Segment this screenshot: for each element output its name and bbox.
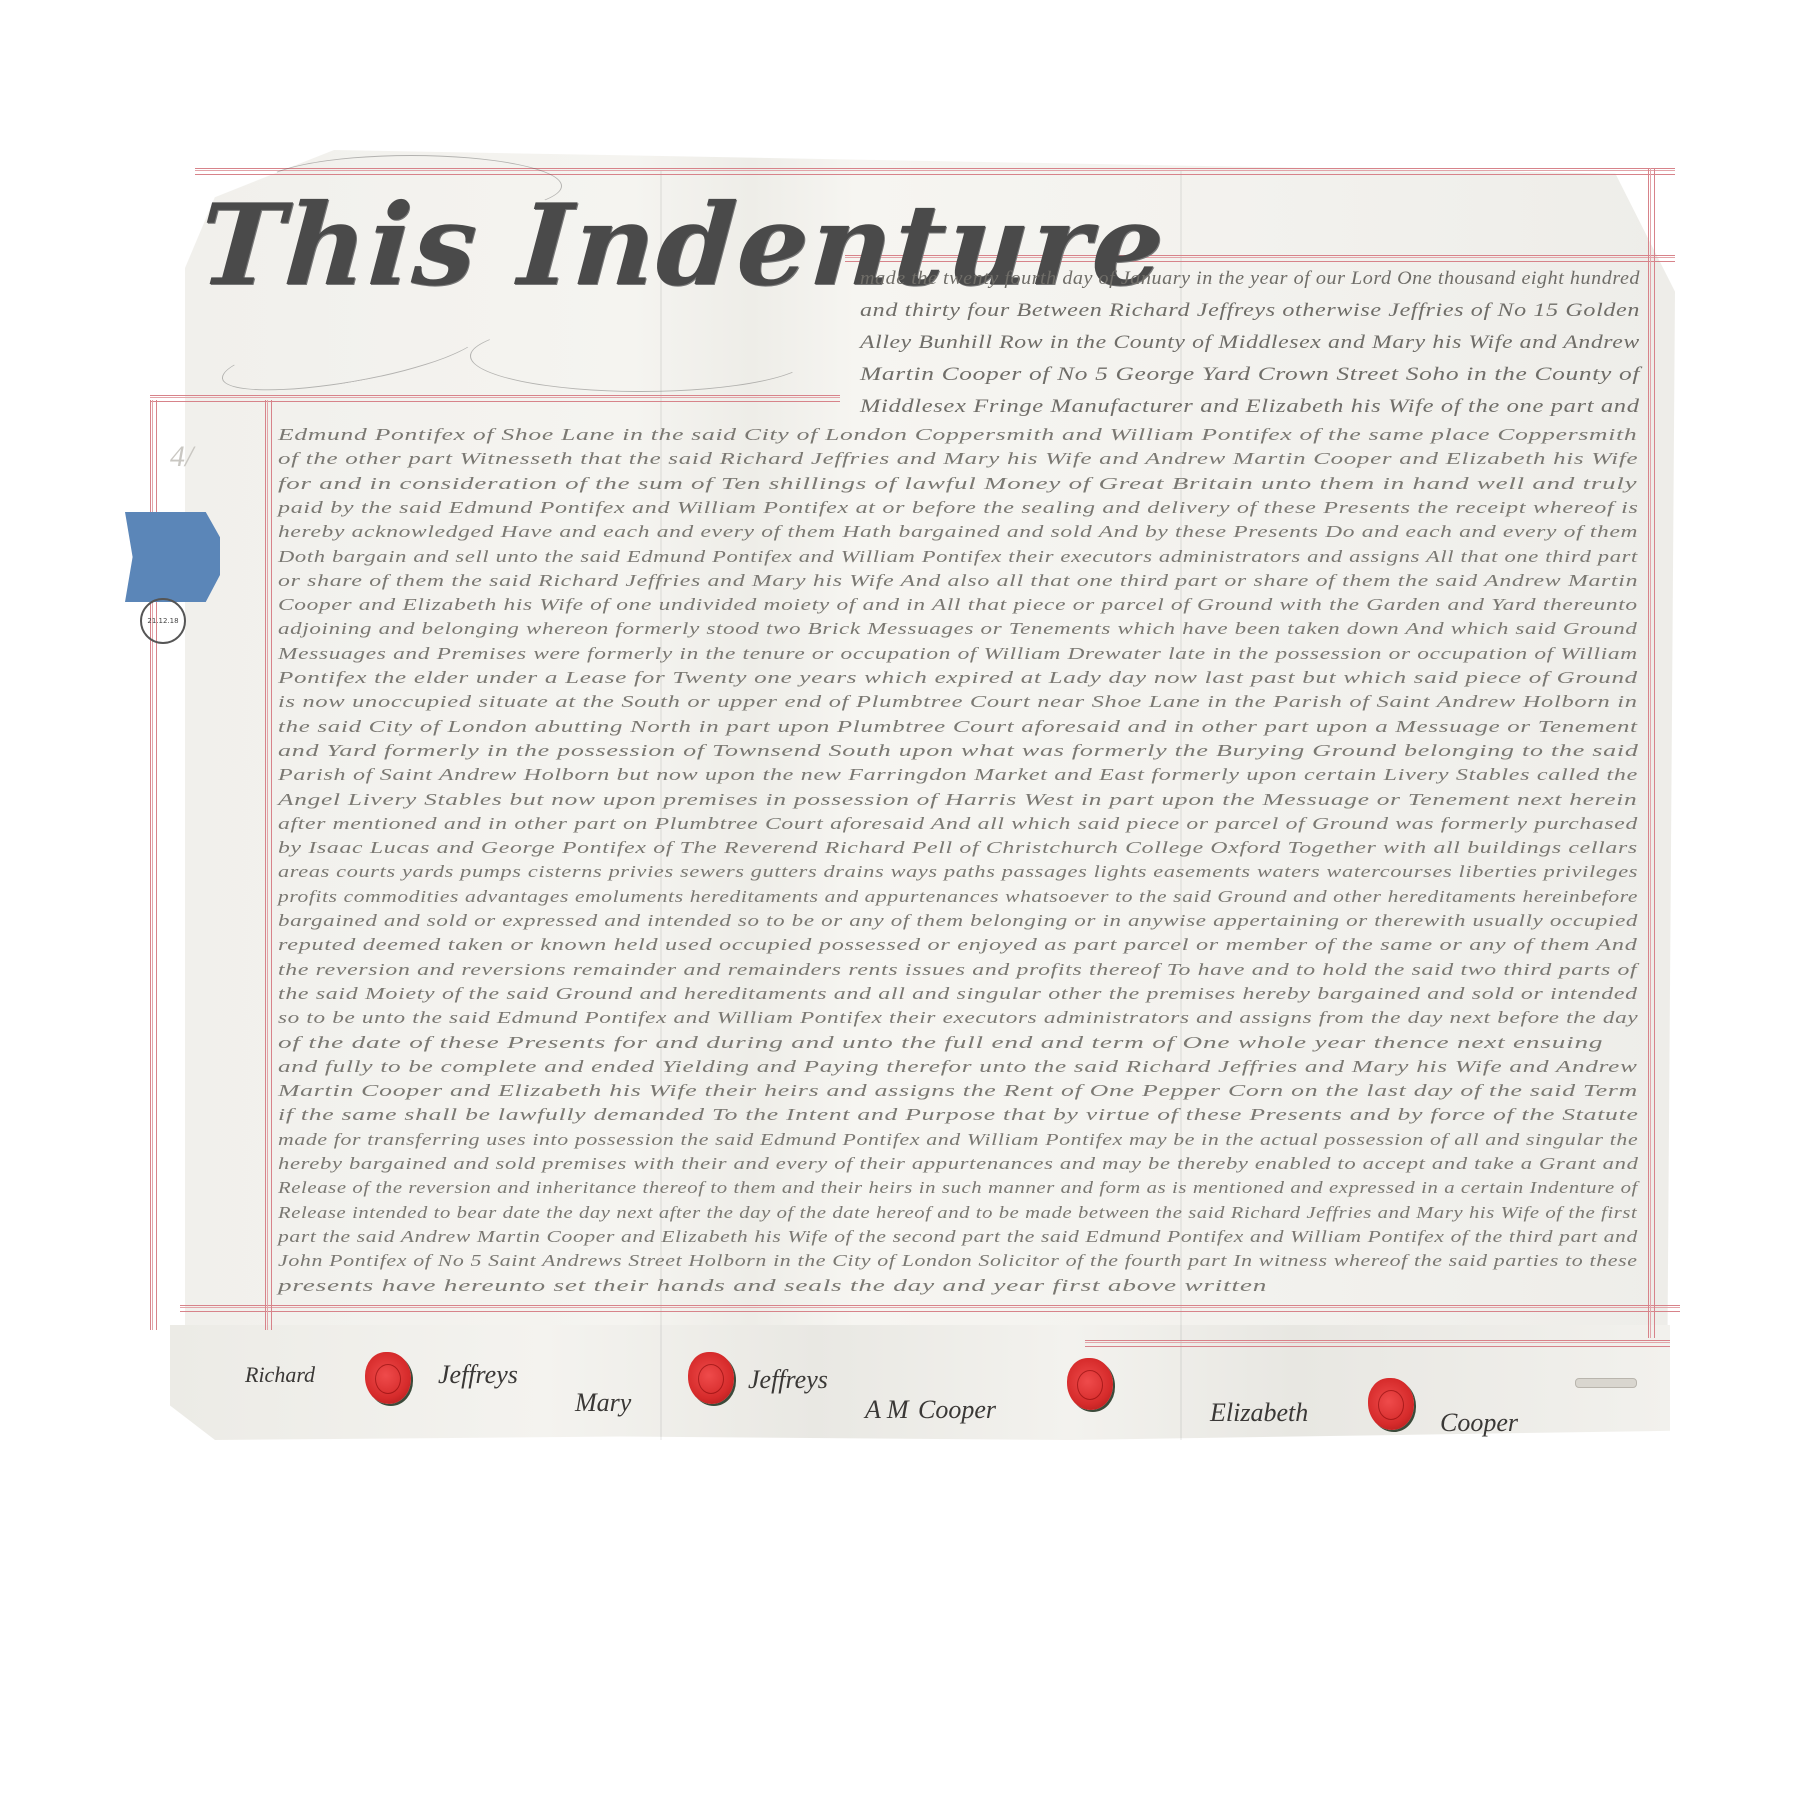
body-line: Cooper and Elizabeth his Wife of one und… [278, 595, 1638, 615]
body-line: is now unoccupied situate at the South o… [278, 692, 1638, 712]
signature-elizabeth: Elizabeth [1210, 1398, 1308, 1428]
body-line: of the other part Witnesseth that the sa… [278, 449, 1638, 469]
signature-jeffreys: Jeffreys [438, 1360, 518, 1390]
document-title: This Indenture [195, 180, 1170, 311]
margin-note: 4/ [170, 440, 193, 474]
body-line: Doth bargain and sell unto the said Edmu… [278, 547, 1638, 567]
signature-cooper-2: Cooper [1440, 1408, 1518, 1438]
wax-seal [1067, 1358, 1113, 1410]
body-line: adjoining and belonging whereon formerly… [278, 619, 1638, 639]
duty-stamp: 21.12.18 [140, 598, 186, 644]
body-line: Pontifex the elder under a Lease for Twe… [278, 668, 1638, 688]
body-line: made for transferring uses into possessi… [278, 1130, 1638, 1150]
header-line: Martin Cooper of No 5 George Yard Crown … [860, 364, 1640, 386]
body-line: hereby bargained and sold premises with … [278, 1154, 1639, 1174]
body-line: hereby acknowledged Have and each and ev… [278, 522, 1638, 542]
body-line: Edmund Pontifex of Shoe Lane in the said… [278, 425, 1637, 445]
wax-seal [365, 1352, 411, 1404]
body-line: of the date of these Presents for and du… [278, 1033, 1603, 1053]
inner-margin-rule [265, 400, 272, 1330]
body-line: Messuages and Premises were formerly in … [278, 644, 1638, 664]
header-line: Middlesex Fringe Manufacturer and Elizab… [860, 396, 1640, 418]
body-line: profits commodities advantages emolument… [278, 887, 1638, 907]
body-line: Parish of Saint Andrew Holborn but now u… [278, 765, 1638, 785]
body-line: and Yard formerly in the possession of T… [278, 741, 1639, 761]
body-line: Release of the reversion and inheritance… [278, 1178, 1638, 1198]
body-line: paid by the said Edmund Pontifex and Wil… [278, 498, 1639, 518]
wax-seal [688, 1352, 734, 1404]
body-line: the reversion and reversions remainder a… [278, 960, 1637, 980]
right-margin-rule [1648, 168, 1655, 1338]
signature-cooper: Cooper [918, 1395, 996, 1425]
flourish-decoration [470, 320, 812, 392]
body-line: presents have hereunto set their hands a… [278, 1276, 1267, 1296]
signature-jeffreys-2: Jeffreys [748, 1365, 828, 1395]
header-line: Alley Bunhill Row in the County of Middl… [860, 332, 1640, 354]
body-line: for and in consideration of the sum of T… [278, 474, 1637, 494]
header-line: made the twenty fourth day of January in… [860, 268, 1640, 290]
body-line: if the same shall be lawfully demanded T… [278, 1105, 1639, 1125]
body-line: Martin Cooper and Elizabeth his Wife the… [278, 1081, 1638, 1101]
body-line: the said Moiety of the said Ground and h… [278, 984, 1638, 1004]
body-line: or share of them the said Richard Jeffri… [278, 571, 1638, 591]
header-line: and thirty four Between Richard Jeffreys… [860, 300, 1640, 322]
body-line: Release intended to bear date the day ne… [278, 1203, 1637, 1223]
bottom-rule-2 [1085, 1340, 1670, 1347]
body-line: after mentioned and in other part on Plu… [278, 814, 1638, 834]
bottom-rule [180, 1305, 1680, 1312]
body-line: reputed deemed taken or known held used … [278, 935, 1638, 955]
body-line: bargained and sold or expressed and inte… [278, 911, 1638, 931]
body-line: John Pontifex of No 5 Saint Andrews Stre… [278, 1251, 1638, 1271]
blue-ribbon-tab [125, 512, 220, 602]
body-top-rule [150, 395, 840, 402]
body-line: the said City of London abutting North i… [278, 717, 1638, 737]
body-line: areas courts yards pumps cisterns privie… [278, 862, 1638, 882]
body-line: and fully to be complete and ended Yield… [278, 1057, 1638, 1077]
body-line: so to be unto the said Edmund Pontifex a… [278, 1008, 1638, 1028]
body-line: Angel Livery Stables but now upon premis… [278, 790, 1637, 810]
signature-richard: Richard [245, 1362, 315, 1388]
body-line: part the said Andrew Martin Cooper and E… [278, 1227, 1638, 1247]
body-line: by Isaac Lucas and George Pontifex of Th… [278, 838, 1638, 858]
wax-seal [1368, 1378, 1414, 1430]
metal-clip [1575, 1378, 1637, 1388]
signature-mary: Mary [575, 1388, 631, 1418]
signature-am: A M [865, 1395, 909, 1425]
